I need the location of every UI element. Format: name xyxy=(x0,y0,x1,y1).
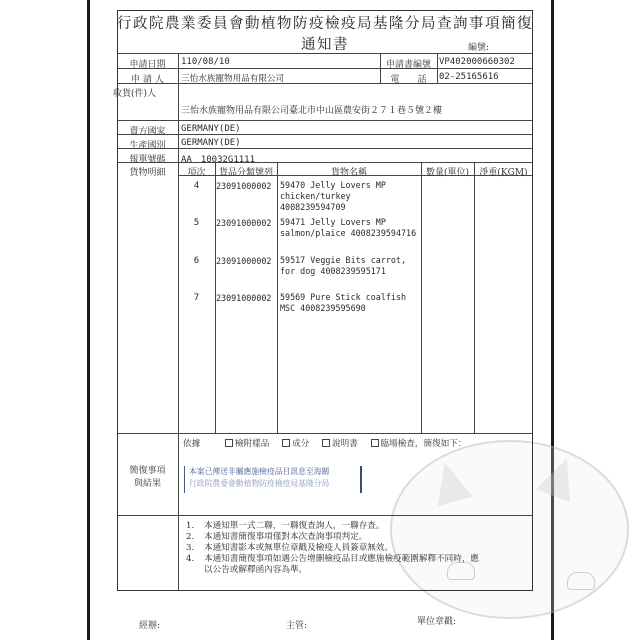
scan-border-left xyxy=(87,0,90,640)
stamp-line1: 本案已傳送非屬應施檢疫品目訊息至海關 xyxy=(189,466,360,478)
note-item: 3.本通知書影本或無單位章戳及檢疫人員簽章無效。 xyxy=(186,543,479,554)
applicant-label: 申 請 人 xyxy=(117,72,178,85)
rule-v xyxy=(421,162,422,433)
checkbox-label: 檢附樣品 xyxy=(235,439,269,449)
checkbox-box[interactable] xyxy=(282,439,290,447)
goods-name-line2: for dog 4008239595171 xyxy=(280,266,420,277)
reply-label-line1: 簡復事項 xyxy=(117,465,178,478)
apply-date-value: 110/08/10 xyxy=(181,57,230,67)
rule xyxy=(117,433,533,434)
basis-row: 依據 檢附樣品 成分 說明書 臨場檢查，簡復如下： xyxy=(183,437,476,449)
col-header-net-weight: 淨重(KGM) xyxy=(474,165,533,178)
checkbox-sample[interactable]: 檢附樣品 xyxy=(225,439,269,449)
note-number: 4. xyxy=(186,554,204,565)
checkbox-ingredients[interactable]: 成分 xyxy=(282,439,309,449)
note-number: 3. xyxy=(186,543,204,554)
goods-name-line2: salmon/plaice 4008239594716 xyxy=(280,228,420,239)
col-header-goods-name: 貨物名稱 xyxy=(277,165,421,178)
rule xyxy=(117,162,533,163)
applicant-value: 三怡水族寵物用品有限公司 xyxy=(181,72,284,84)
official-stamp: 本案已傳送非屬應施檢疫品目訊息至海關 行政院農委會動植物防疫檢疫局基隆分局 xyxy=(184,466,362,493)
rule xyxy=(117,120,533,121)
col-header-hs-code: 貨品分類號列 xyxy=(215,165,277,178)
unit-stamp-label: 單位章戳: xyxy=(417,614,456,627)
note-text: 本通知書影本或無單位章戳及檢疫人員簽章無效。 xyxy=(204,543,393,553)
checkbox-box[interactable] xyxy=(371,439,379,447)
rule-v xyxy=(437,53,438,83)
consignee-value: 三怡水族寵物用品有限公司臺北市中山區農安街２７１巷５號２樓 xyxy=(181,103,442,116)
checkbox-label: 成分 xyxy=(292,439,309,449)
checkbox-label: 說明書 xyxy=(332,439,358,449)
goods-name-line2: MSC 4008239595690 xyxy=(280,303,420,314)
row-hs-code: 23091000002 xyxy=(216,218,271,228)
waybill-label: 報單號碼 xyxy=(117,152,178,165)
note-text: 本通知單一式二聯，一聯復查詢人，一聯存查。 xyxy=(204,521,384,531)
note-item: 4.本通知書簡復事項如遇公告增刪檢疫品目或應施檢疫範圍解釋不同時，應 xyxy=(186,554,479,565)
row-index: 4 xyxy=(178,181,215,191)
checkbox-label: 臨場檢查，簡復如下： xyxy=(381,439,467,449)
rule xyxy=(117,53,533,54)
row-index: 6 xyxy=(178,256,215,266)
watermark-paw-right xyxy=(567,572,595,590)
row-hs-code: 23091000002 xyxy=(216,256,271,266)
goods-name-line1: 59471 Jelly Lovers MP xyxy=(280,217,420,228)
note-item: 1.本通知單一式二聯，一聯復查詢人，一聯存查。 xyxy=(186,521,479,532)
note-number: 1. xyxy=(186,521,204,532)
checkbox-box[interactable] xyxy=(225,439,233,447)
phone-value: 02-25165616 xyxy=(439,72,499,82)
row-goods-name: 59569 Pure Stick coalfish MSC 4008239595… xyxy=(280,292,420,314)
row-goods-name: 59471 Jelly Lovers MP salmon/plaice 4008… xyxy=(280,217,420,239)
basis-label: 依據 xyxy=(183,439,200,449)
goods-name-line2: chicken/turkey 4008239594709 xyxy=(280,191,420,213)
row-hs-code: 23091000002 xyxy=(216,293,271,303)
handler-signature-label: 經辦: xyxy=(139,618,160,631)
col-header-quantity: 數量(單位) xyxy=(421,165,474,178)
note-number: 2. xyxy=(186,532,204,543)
rule xyxy=(117,83,533,84)
checkbox-manual[interactable]: 說明書 xyxy=(322,439,358,449)
note-item: 以公告或解釋函內容為準。 xyxy=(186,565,479,576)
rule xyxy=(117,148,533,149)
watermark-ear-right xyxy=(536,452,584,502)
goods-name-line1: 59569 Pure Stick coalfish xyxy=(280,292,420,303)
phone-label: 電 話 xyxy=(380,72,437,85)
application-no-label: 申請書編號 xyxy=(380,57,437,70)
notes-list: 1.本通知單一式二聯，一聯復查詢人，一聯存查。 2.本通知書簡復事項僅對本次查詢… xyxy=(186,521,479,576)
checkbox-box[interactable] xyxy=(322,439,330,447)
note-text: 本通知書簡復事項如遇公告增刪檢疫品目或應施檢疫範圍解釋不同時，應 xyxy=(204,554,479,564)
stamp-line2: 行政院農委會動植物防疫檢疫局基隆分局 xyxy=(189,478,360,490)
checkbox-onsite-inspection[interactable]: 臨場檢查，簡復如下： xyxy=(371,439,467,449)
rule xyxy=(117,134,533,135)
seller-country-value: GERMANY(DE) xyxy=(181,124,241,134)
rule-v xyxy=(178,53,179,591)
row-goods-name: 59517 Veggie Bits carrot, for dog 400823… xyxy=(280,255,420,277)
reply-label-line2: 與結果 xyxy=(117,478,178,491)
row-index: 5 xyxy=(178,218,215,228)
apply-date-label: 申請日期 xyxy=(117,57,178,70)
supervisor-signature-label: 主管: xyxy=(286,618,307,631)
row-hs-code: 23091000002 xyxy=(216,181,271,191)
row-goods-name: 59470 Jelly Lovers MP chicken/turkey 400… xyxy=(280,180,420,213)
serial-label: 編號: xyxy=(468,40,489,53)
waybill-value: AA 10032G1111 xyxy=(181,152,255,165)
col-header-index: 項次 xyxy=(178,165,215,178)
rule xyxy=(117,515,533,516)
origin-country-label: 生產國別 xyxy=(117,138,178,151)
origin-country-value: GERMANY(DE) xyxy=(181,138,241,148)
note-text: 以公告或解釋函內容為準。 xyxy=(204,565,307,575)
reply-section-label: 簡復事項 與結果 xyxy=(117,465,178,491)
goods-section-label: 貨物明細 xyxy=(117,165,178,178)
note-text: 本通知書簡復事項僅對本次查詢事項判定。 xyxy=(204,532,367,542)
application-no-value: VP402000660302 xyxy=(439,57,515,67)
rule-v xyxy=(277,162,278,433)
note-item: 2.本通知書簡復事項僅對本次查詢事項判定。 xyxy=(186,532,479,543)
consignee-label: 收貨(件)人 xyxy=(113,86,174,99)
rule xyxy=(117,68,533,69)
goods-name-line1: 59470 Jelly Lovers MP xyxy=(280,180,420,191)
row-index: 7 xyxy=(178,293,215,303)
goods-name-line1: 59517 Veggie Bits carrot, xyxy=(280,255,420,266)
seller-country-label: 賣方國家 xyxy=(117,124,178,137)
rule-v xyxy=(474,162,475,433)
